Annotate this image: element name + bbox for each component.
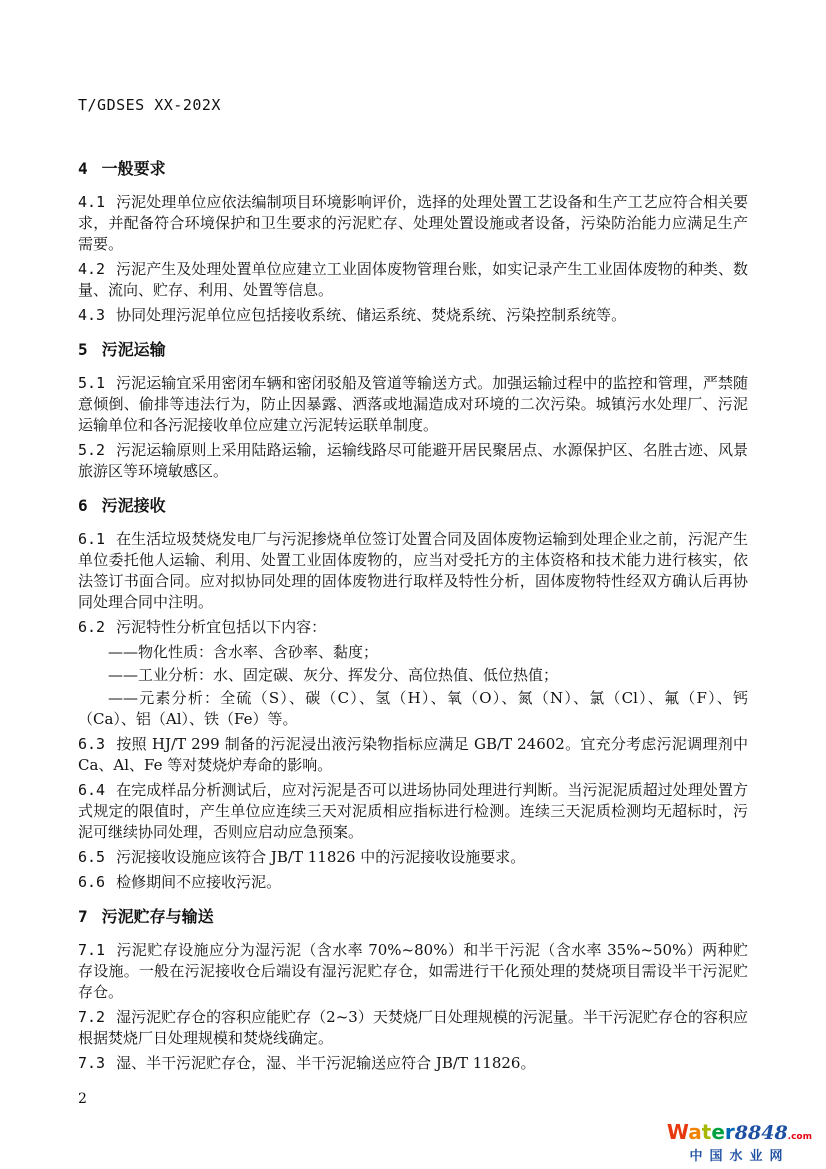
section-title: 一般要求 — [102, 159, 166, 178]
logo-letter-w: W — [667, 1120, 688, 1144]
page-content: T/GDSES XX-202X 4一般要求 4.1污泥处理单位应依法编制项目环境… — [0, 0, 826, 1108]
logo-wordmark: Water8848.com — [667, 1122, 812, 1147]
clause-text: 污泥运输宜采用密闭车辆和密闭驳船及管道等输送方式。加强运输过程中的监控和管理，严… — [78, 374, 748, 434]
clause-text: 在完成样品分析测试后，应对污泥是否可以进场协同处理进行判断。当污泥泥质超过处理处… — [78, 781, 748, 841]
page-number: 2 — [78, 1090, 748, 1108]
logo-letter-t: t — [702, 1120, 712, 1144]
clause-number: 7.3 — [78, 1054, 105, 1072]
clause-7-3: 7.3湿、半干污泥贮存仓，湿、半干污泥输送应符合 JB/T 11826。 — [78, 1053, 748, 1074]
clause-text: 协同处理污泥单位应包括接收系统、储运系统、焚烧系统、污染控制系统等。 — [116, 306, 626, 324]
clause-text: 在生活垃圾焚烧发电厂与污泥掺烧单位签订处置合同及固体废物运输到处理企业之前，污泥… — [78, 530, 748, 611]
clause-number: 6.3 — [78, 735, 105, 753]
clause-number: 6.6 — [78, 873, 105, 891]
clause-number: 6.5 — [78, 848, 105, 866]
clause-4-2: 4.2污泥产生及处理处置单位应建立工业固体废物管理台账，如实记录产生工业固体废物… — [78, 259, 748, 301]
clause-text: 按照 HJ/T 299 制备的污泥浸出液污染物指标应满足 GB/T 24602。… — [78, 735, 748, 774]
clause-text: 污泥运输原则上采用陆路运输，运输线路尽可能避开居民聚居点、水源保护区、名胜古迹、… — [78, 441, 748, 480]
section-number: 5 — [78, 340, 88, 359]
clause-number: 6.4 — [78, 781, 105, 799]
clause-number: 6.1 — [78, 530, 105, 548]
section-heading-4: 4一般要求 — [78, 158, 748, 180]
section-title: 污泥接收 — [102, 496, 166, 515]
clause-text: 湿污泥贮存仓的容积应能贮存（2~3）天焚烧厂日处理规模的污泥量。半干污泥贮存仓的… — [78, 1008, 748, 1047]
logo-letter-e: e — [711, 1120, 725, 1144]
doc-code: T/GDSES XX-202X — [78, 96, 748, 114]
section-title: 污泥运输 — [102, 340, 166, 359]
clause-number: 7.2 — [78, 1008, 105, 1026]
clause-5-2: 5.2污泥运输原则上采用陆路运输，运输线路尽可能避开居民聚居点、水源保护区、名胜… — [78, 440, 748, 482]
logo-letter-r: r — [725, 1120, 735, 1144]
clause-text: 湿、半干污泥贮存仓，湿、半干污泥输送应符合 JB/T 11826。 — [116, 1054, 535, 1072]
clause-6-2: 6.2污泥特性分析宜包括以下内容： — [78, 617, 748, 638]
clause-text: 污泥贮存设施应分为湿污泥（含水率 70%~80%）和半干污泥（含水率 35%~5… — [78, 941, 748, 1001]
section-heading-5: 5污泥运输 — [78, 339, 748, 361]
section-number: 7 — [78, 907, 88, 926]
clause-number: 5.2 — [78, 441, 105, 459]
clause-number: 4.2 — [78, 260, 105, 278]
clause-5-1: 5.1污泥运输宜采用密闭车辆和密闭驳船及管道等输送方式。加强运输过程中的监控和管… — [78, 373, 748, 436]
clause-number: 7.1 — [78, 941, 105, 959]
clause-number: 5.1 — [78, 374, 105, 392]
document-page: T/GDSES XX-202X 4一般要求 4.1污泥处理单位应依法编制项目环境… — [0, 0, 826, 1169]
clause-number: 4.1 — [78, 193, 105, 211]
logo-letter-a: a — [688, 1120, 702, 1144]
clause-6-6: 6.6检修期间不应接收污泥。 — [78, 872, 748, 893]
clause-7-1: 7.1污泥贮存设施应分为湿污泥（含水率 70%~80%）和半干污泥（含水率 35… — [78, 940, 748, 1003]
water8848-logo: Water8848.com 中国水业网 — [667, 1122, 812, 1163]
logo-tld: .com — [788, 1132, 812, 1142]
clause-4-1: 4.1污泥处理单位应依法编制项目环境影响评价，选择的处理处置工艺设备和生产工艺应… — [78, 192, 748, 255]
section-number: 6 — [78, 496, 88, 515]
list-item-industrial: ——工业分析：水、固定碳、灰分、挥发分、高位热值、低位热值； — [78, 665, 748, 686]
section-heading-6: 6污泥接收 — [78, 495, 748, 517]
clause-4-3: 4.3协同处理污泥单位应包括接收系统、储运系统、焚烧系统、污染控制系统等。 — [78, 305, 748, 326]
clause-text: 污泥接收设施应该符合 JB/T 11826 中的污泥接收设施要求。 — [116, 848, 525, 866]
clause-6-5: 6.5污泥接收设施应该符合 JB/T 11826 中的污泥接收设施要求。 — [78, 847, 748, 868]
clause-6-4: 6.4在完成样品分析测试后，应对污泥是否可以进场协同处理进行判断。当污泥泥质超过… — [78, 780, 748, 843]
clause-text: 污泥特性分析宜包括以下内容： — [116, 618, 326, 636]
clause-7-2: 7.2湿污泥贮存仓的容积应能贮存（2~3）天焚烧厂日处理规模的污泥量。半干污泥贮… — [78, 1007, 748, 1049]
logo-number: 8848 — [735, 1122, 788, 1144]
list-item-elemental: ——元素分析：全硫（S）、碳（C）、氢（H）、氧（O）、氮（N）、氯（Cl）、氟… — [78, 688, 748, 730]
list-item-physchem: ——物化性质：含水率、含砂率、黏度； — [78, 642, 748, 663]
clause-text: 污泥处理单位应依法编制项目环境影响评价，选择的处理处置工艺设备和生产工艺应符合相… — [78, 193, 748, 253]
clause-6-1: 6.1在生活垃圾焚烧发电厂与污泥掺烧单位签订处置合同及固体废物运输到处理企业之前… — [78, 529, 748, 613]
section-heading-7: 7污泥贮存与输送 — [78, 906, 748, 928]
section-title: 污泥贮存与输送 — [102, 907, 214, 926]
clause-number: 6.2 — [78, 618, 105, 636]
clause-text: 检修期间不应接收污泥。 — [116, 873, 281, 891]
clause-number: 4.3 — [78, 306, 105, 324]
logo-subtitle: 中国水业网 — [667, 1150, 812, 1163]
clause-6-3: 6.3按照 HJ/T 299 制备的污泥浸出液污染物指标应满足 GB/T 246… — [78, 734, 748, 776]
section-number: 4 — [78, 159, 88, 178]
clause-text: 污泥产生及处理处置单位应建立工业固体废物管理台账，如实记录产生工业固体废物的种类… — [78, 260, 748, 299]
